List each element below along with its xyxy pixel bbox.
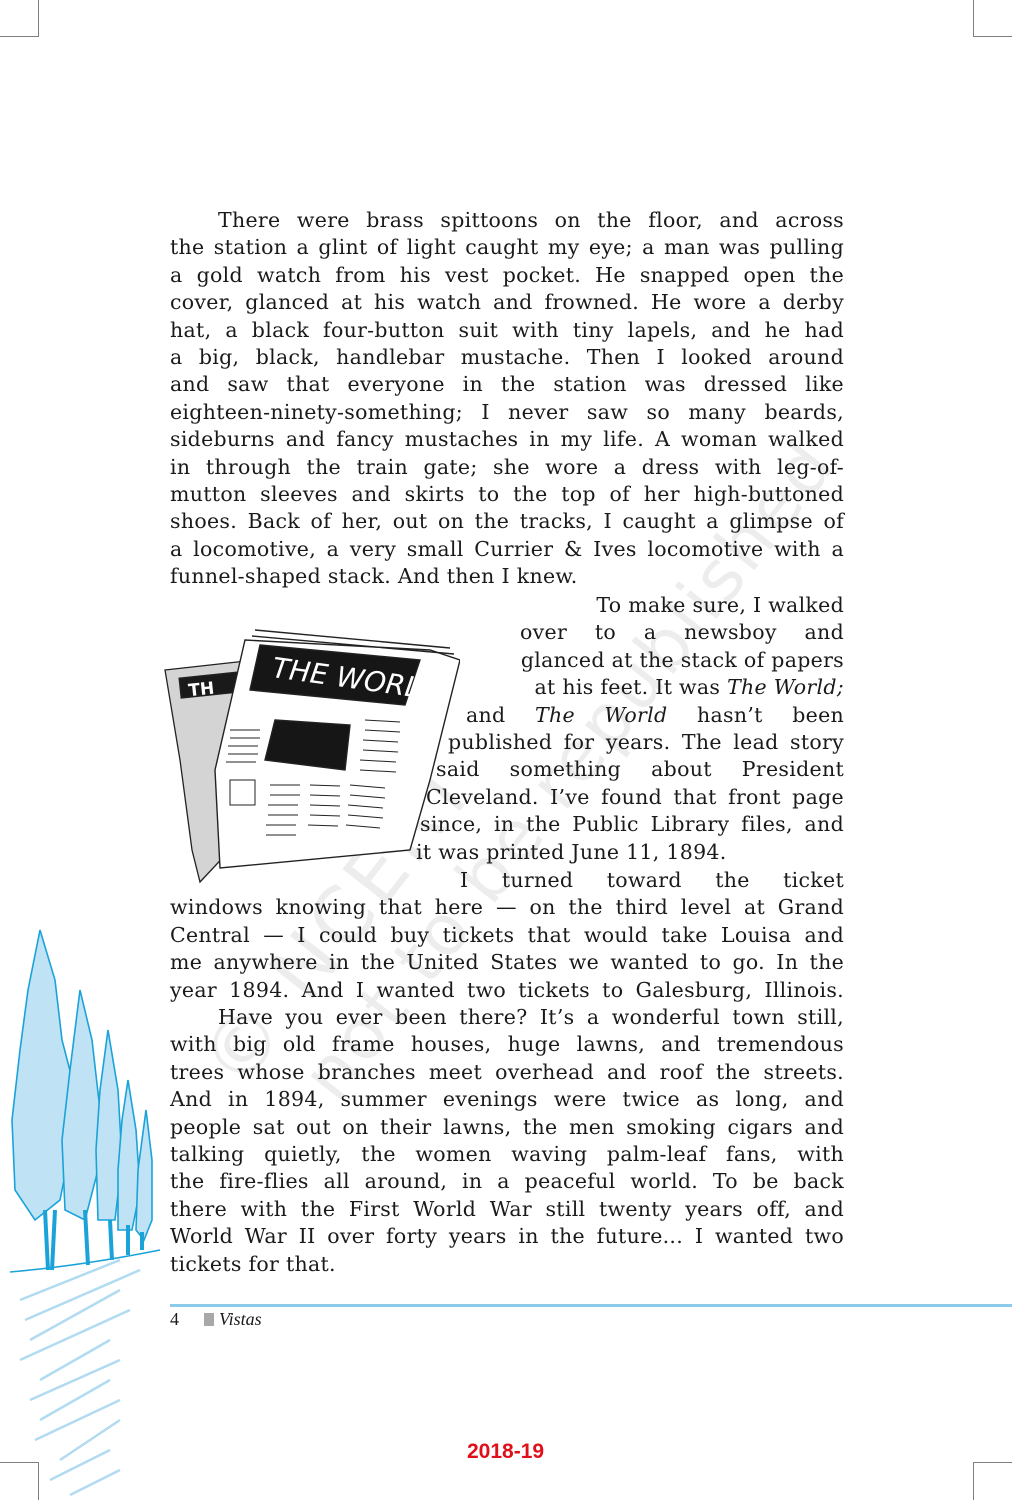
text-line: shoes. Back of her, out on the tracks, I…	[170, 508, 844, 535]
text-line: talking quietly, the women waving palm-l…	[170, 1141, 844, 1168]
text-line: and The World hasn’t been	[466, 702, 844, 729]
text-segment: and	[466, 703, 535, 727]
text-line: it was printed June 11, 1894.	[416, 839, 844, 866]
text-line: with big old frame houses, huge lawns, a…	[170, 1031, 844, 1058]
tree-2	[62, 990, 100, 1220]
crop-mark-bottom-right-h	[973, 1462, 1012, 1463]
crop-mark-top-left-v	[38, 0, 39, 37]
edition-year: 2018-19	[467, 1440, 544, 1464]
text-line: the station a glint of light caught my e…	[170, 234, 844, 261]
text-line: there with the First World War still twe…	[170, 1196, 844, 1223]
text-line: and saw that everyone in the station was…	[170, 371, 844, 398]
newspaper-title: The World	[535, 703, 667, 727]
footer: 4 Vistas	[170, 1309, 262, 1330]
text-line: World War II over forty years in the fut…	[170, 1223, 844, 1250]
crop-mark-top-right-v	[973, 0, 974, 37]
text-line: Have you ever been there? It’s a wonderf…	[170, 1004, 844, 1031]
text-line: eighteen-ninety-something; I never saw s…	[170, 399, 844, 426]
text-line: mutton sleeves and skirts to the top of …	[170, 481, 844, 508]
text-line: a big, black, handlebar mustache. Then I…	[170, 344, 844, 371]
text-line: the fire-flies all around, in a peaceful…	[170, 1168, 844, 1195]
text-line: said something about President	[436, 756, 844, 783]
square-bullet-icon	[204, 1313, 214, 1326]
footer-rule	[170, 1304, 1012, 1307]
crop-mark-top-right-h	[973, 36, 1012, 37]
text-line: glanced at the stack of papers	[170, 647, 844, 674]
text-line: year 1894. And I wanted two tickets to G…	[170, 977, 844, 1004]
text-line: Cleveland. I’ve found that front page	[426, 784, 844, 811]
text-line: a locomotive, a very small Currier & Ive…	[170, 536, 844, 563]
text-line: sideburns and fancy mustaches in my life…	[170, 426, 844, 453]
newspaper-title: The World;	[727, 675, 844, 699]
text-line: Central — I could buy tickets that would…	[170, 922, 844, 949]
text-line: in through the train gate; she wore a dr…	[170, 454, 844, 481]
text-line: since, in the Public Library files, and	[420, 811, 844, 838]
text-line: And in 1894, summer evenings were twice …	[170, 1086, 844, 1113]
text-line: tickets for that.	[170, 1251, 844, 1278]
text-line: hat, a black four-button suit with tiny …	[170, 317, 844, 344]
page-number: 4	[170, 1309, 204, 1330]
text-line: There were brass spittoons on the floor,…	[170, 207, 844, 234]
text-line: a gold watch from his vest pocket. He sn…	[170, 262, 844, 289]
paragraph-galesburg: Have you ever been there? It’s a wonderf…	[170, 1004, 844, 1278]
tree-5	[136, 1110, 152, 1240]
text-line: at his feet. It was The World;	[170, 674, 844, 701]
text-line: me anywhere in the United States we want…	[170, 949, 844, 976]
text-line: I turned toward the ticket	[460, 867, 844, 894]
trees-illustration	[0, 920, 170, 1500]
text-line: windows knowing that here — on the third…	[170, 894, 844, 921]
text-line: cover, glanced at his watch and frowned.…	[170, 289, 844, 316]
text-segment: at his feet. It was	[535, 675, 728, 699]
crop-mark-top-left-h	[0, 36, 39, 37]
ground-line	[10, 1250, 160, 1272]
paragraph-tickets: I turned toward the ticket windows knowi…	[170, 867, 844, 1004]
text-line: trees whose branches meet overhead and r…	[170, 1059, 844, 1086]
text-line: over to a newsboy and	[520, 619, 844, 646]
text-line: funnel-shaped stack. And then I knew.	[170, 563, 844, 590]
text-line: To make sure, I walked	[170, 592, 844, 619]
book-title: Vistas	[219, 1309, 262, 1330]
paragraph-newsboy: To make sure, I walked over to a newsboy…	[170, 592, 844, 866]
text-line: published for years. The lead story	[448, 729, 844, 756]
text-segment: hasn’t been	[667, 703, 844, 727]
crop-mark-bottom-right-v	[973, 1462, 974, 1500]
text-line: people sat out on their lawns, the men s…	[170, 1114, 844, 1141]
paragraph-station: There were brass spittoons on the floor,…	[170, 207, 844, 590]
